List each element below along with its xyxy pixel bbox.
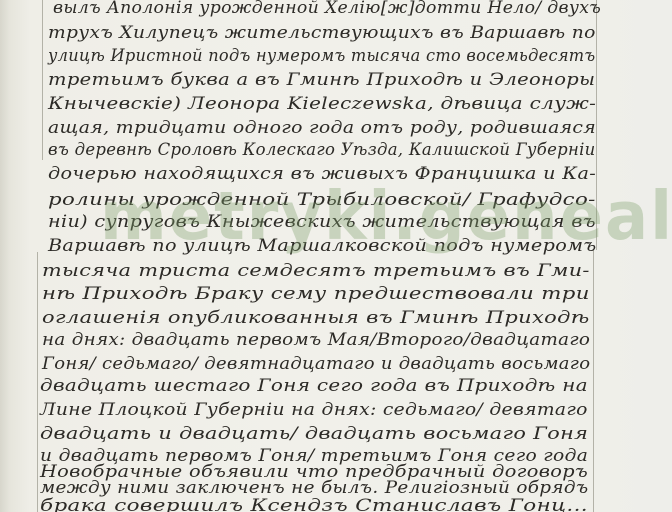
- text-line: на днях: двадцать первомъ Мая/Второго/дв…: [42, 330, 590, 350]
- left-margin-line-upper: [42, 0, 43, 160]
- text-line: трухъ Хилупецъ жительствующихъ въ Варшав…: [48, 23, 596, 43]
- text-line: третьимъ буква а въ Гминѣ Приходѣ и Элео…: [48, 70, 595, 90]
- text-line: ащая, тридцати одного года отъ роду, род…: [48, 118, 596, 138]
- text-line: вылъ Аполонія урожденной Хелію[ж]дотти Н…: [53, 0, 601, 18]
- watermark: metryki.genealodzy.pl: [100, 178, 672, 256]
- text-line: нѣ Приходѣ Браку сему предшествовали три: [42, 284, 590, 304]
- text-line: въ деревнѣ Сроловѣ Колескаго Уѣзда, Кали…: [48, 140, 596, 160]
- text-line: двадцать шестаго Гоня сего года въ Прихо…: [40, 376, 588, 396]
- text-line: улицѣ Иристной подъ нумеромъ тысяча сто …: [48, 46, 595, 66]
- text-line: брака совершилъ Ксендзъ Станиславъ Гонц.…: [40, 496, 588, 512]
- text-line: оглашенія опубликованныя въ Гминѣ Приход…: [42, 308, 590, 328]
- text-line: двадцать и двадцать/ двадцать восьмаго Г…: [40, 424, 588, 444]
- text-line: Кнычевскіе) Леонора Kieleczewska, дѣвица…: [48, 94, 596, 114]
- text-line: между ними заключенъ не былъ. Религіозны…: [40, 478, 588, 498]
- document-page: вылъ Аполонія урожденной Хелію[ж]дотти Н…: [0, 0, 672, 512]
- left-margin-line-lower: [37, 252, 38, 512]
- text-line: Лине Плоцкой Губерніи на днях: седьмаго/…: [40, 400, 588, 420]
- text-line: Гоня/ седьмаго/ девятнадцатаго и двадцат…: [42, 354, 590, 374]
- right-margin-line-lower: [593, 250, 594, 512]
- text-line: тысяча триста семдесятъ третьимъ въ Гми-: [42, 261, 590, 281]
